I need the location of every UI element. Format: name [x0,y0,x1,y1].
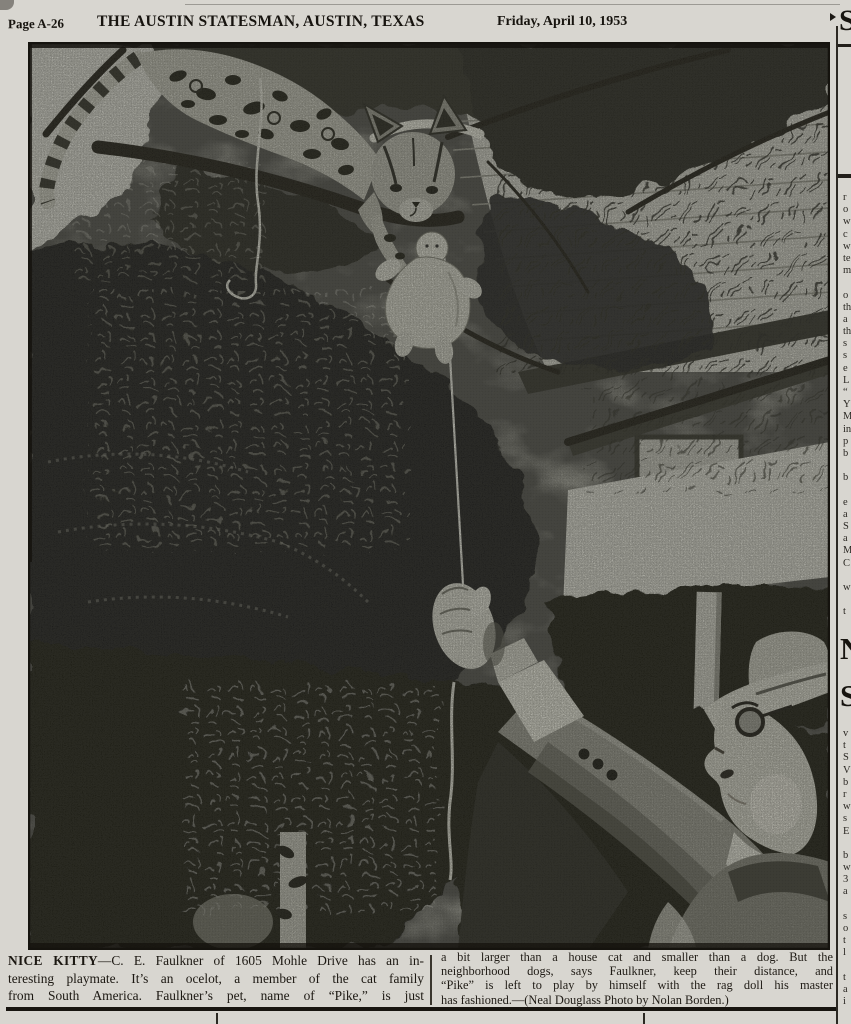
text-fragment: 3 [843,874,851,886]
text-fragment: w [843,582,851,594]
text-fragment: w [843,862,851,874]
newspaper-masthead: THE AUSTIN STATESMAN, AUSTIN, TEXAS [97,13,425,31]
text-fragment: w [843,241,851,253]
news-photo-canvas [28,42,830,950]
text-fragment: Y [843,399,851,411]
caption-credit-line: has fashioned.—(Neal Douglass Photo by N… [441,993,833,1007]
text-fragment: M [843,545,851,557]
text-fragment: o [843,923,851,935]
text-fragment: t [843,606,851,618]
column-rule-stub [643,1013,645,1024]
news-photo [28,42,830,950]
text-fragment: r [843,789,851,801]
text-fragment: te [843,253,851,265]
text-fragment [843,899,851,911]
text-fragment: th [843,326,851,338]
text-fragment: b [843,850,851,862]
text-fragment [843,960,851,972]
halftone-dots [28,42,830,950]
clipped-text-fragments: vtSVbrwsEbw3asotltai [843,728,851,1008]
text-fragment [843,485,851,497]
page-number: Page A-26 [8,16,64,33]
caption-line: teresting playmate. It’s an ocelot, a me… [8,970,424,988]
text-fragment: e [843,363,851,375]
clipped-headline-letter: S [840,680,851,711]
text-fragment: t [843,972,851,984]
text-fragment: V [843,765,851,777]
caption-line: from South America. Faulkner’s pet, name… [8,987,424,1005]
issue-date: Friday, April 10, 1953 [497,14,627,30]
text-fragment: s [843,350,851,362]
text-fragment: L [843,375,851,387]
text-fragment: o [843,204,851,216]
text-fragment: b [843,448,851,460]
caption-line: neighborhood dogs, says Faulkner, keep t… [441,964,833,978]
text-fragment: i [843,996,851,1008]
text-fragment: a [843,984,851,996]
text-fragment: th [843,302,851,314]
text-fragment: S [843,752,851,764]
text-fragment: M [843,411,851,423]
caption-right-column: a bit larger than a house cat and smalle… [441,950,833,1007]
pointer-mark-icon [830,13,836,21]
text-fragment: t [843,935,851,947]
text-fragment: v [843,728,851,740]
text-fragment: in [843,424,851,436]
text-fragment: w [843,801,851,813]
text-fragment: s [843,813,851,825]
text-fragment [843,594,851,606]
section-rule [6,1007,836,1011]
text-fragment [843,277,851,289]
text-fragment: a [843,886,851,898]
caption-lead-in: NICE KITTY [8,953,98,968]
text-fragment [843,570,851,582]
clipped-rule [838,44,851,47]
text-fragment: C [843,558,851,570]
clipped-text-fragments: rowcwtemothathsseL“YMinpbbeaSaMCwt [843,192,851,619]
text-fragment: b [843,777,851,789]
scan-smudge [0,0,14,10]
caption-line: a bit larger than a house cat and smalle… [441,950,833,964]
text-fragment: o [843,290,851,302]
text-fragment: c [843,229,851,241]
text-fragment: S [843,521,851,533]
text-fragment: l [843,947,851,959]
clipped-rule [838,174,851,178]
text-fragment: a [843,533,851,545]
text-fragment: w [843,216,851,228]
text-fragment: “ [843,387,851,399]
caption-text: —C. E. Faulkner of 1605 Mohle Drive has … [98,953,424,968]
text-fragment: b [843,472,851,484]
text-fragment [843,460,851,472]
text-fragment: r [843,192,851,204]
text-fragment: a [843,314,851,326]
caption-line: “Pike” is left to play by himself with t… [441,978,833,992]
text-fragment: t [843,740,851,752]
text-fragment: s [843,338,851,350]
text-fragment: e [843,497,851,509]
text-fragment: m [843,265,851,277]
clipped-headline-letter: N [840,633,851,664]
clipped-headline-letter: S [839,6,851,36]
caption-line: NICE KITTY—C. E. Faulkner of 1605 Mohle … [8,952,424,970]
caption-left-column: NICE KITTY—C. E. Faulkner of 1605 Mohle … [8,952,424,1005]
text-fragment: s [843,911,851,923]
column-rule-stub [216,1013,218,1024]
text-fragment: p [843,436,851,448]
caption-column-divider [430,955,432,1005]
text-fragment: E [843,826,851,838]
text-fragment [843,838,851,850]
newspaper-page: Page A-26 THE AUSTIN STATESMAN, AUSTIN, … [0,0,851,1024]
text-fragment: a [843,509,851,521]
scan-scratch-line [185,4,840,5]
